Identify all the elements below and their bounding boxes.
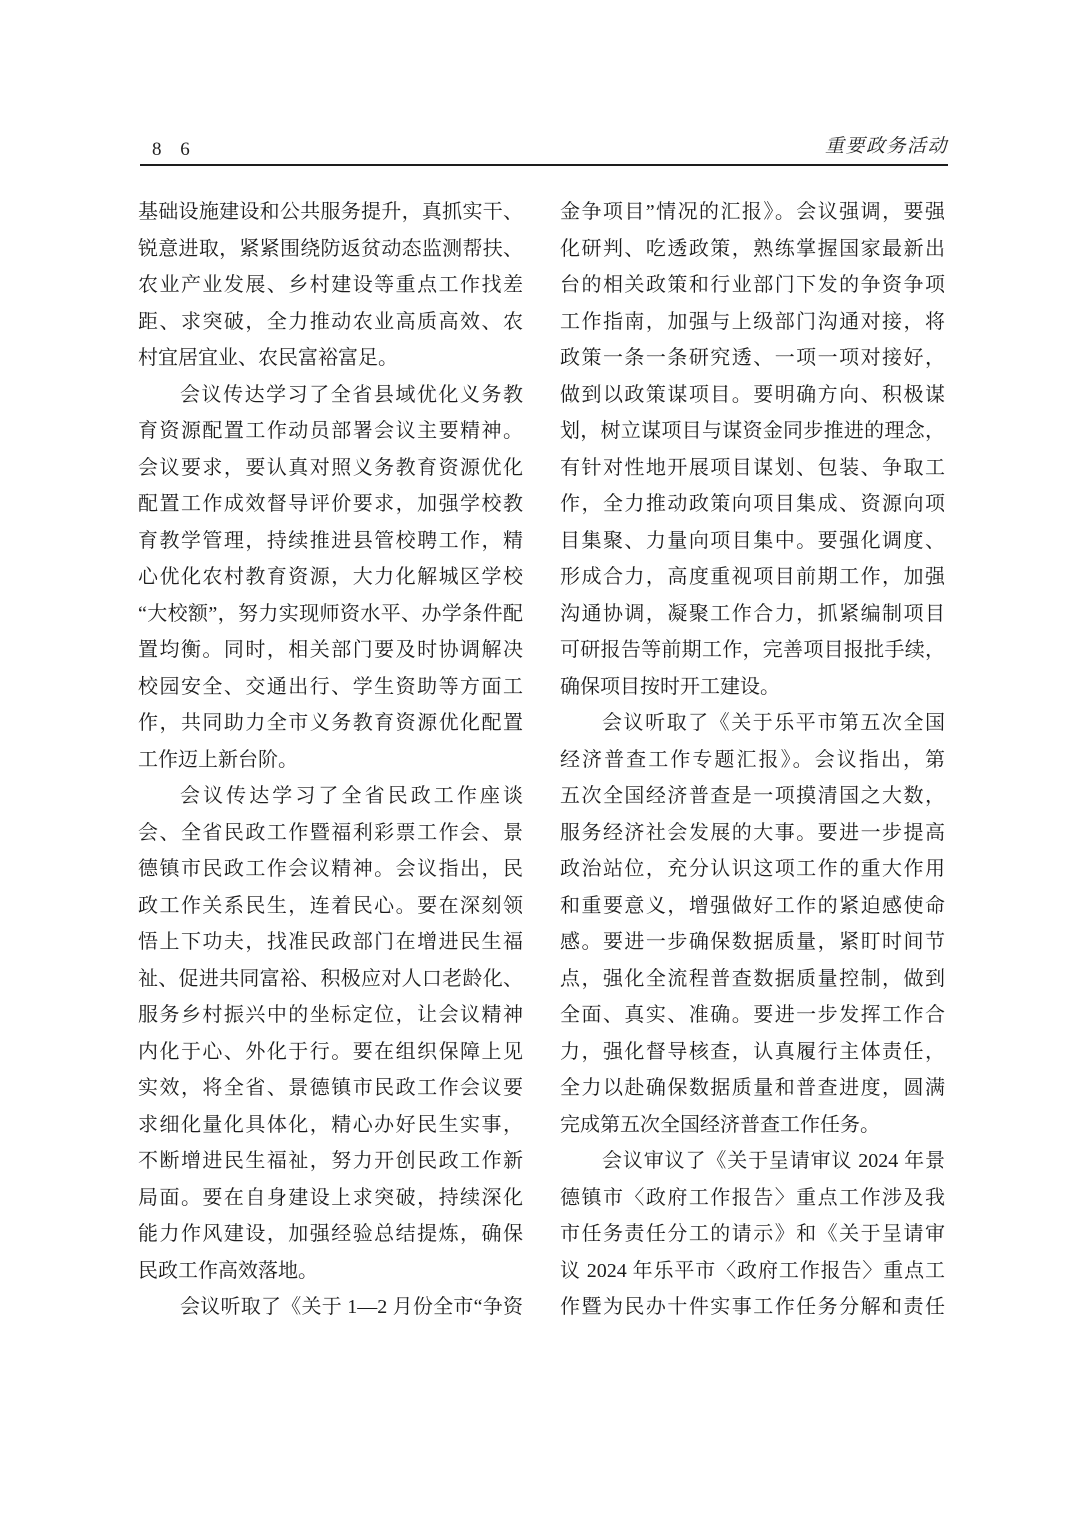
document-page: 8 6 重要政务活动 基础设施建设和公共服务提升，真抓实干、锐意进取，紧紧围绕防… — [0, 0, 1074, 1520]
text-line: 置均衡。同时，相关部门要及时协调解决 — [138, 632, 523, 669]
text-line: 会议要求，要认真对照义务教育资源优化 — [138, 450, 523, 487]
text-line: 化研判、吃透政策，熟练掌握国家最新出 — [560, 231, 945, 268]
text-line: 政治站位，充分认识这项工作的重大作用 — [560, 851, 945, 888]
text-line: 全力以赴确保数据质量和普查进度，圆满 — [560, 1070, 945, 1107]
paragraph: 金争项目”情况的汇报》。会议强调，要强化研判、吃透政策，熟练掌握国家最新出台的相… — [560, 194, 945, 705]
text-line: 会议听取了《关于乐平市第五次全国 — [560, 705, 945, 742]
text-line: 五次全国经济普查是一项摸清国之大数， — [560, 778, 945, 815]
page-number: 8 6 — [152, 139, 197, 161]
text-line: 全面、真实、准确。要进一步发挥工作合 — [560, 997, 945, 1034]
text-line: 农业产业发展、乡村建设等重点工作找差 — [138, 267, 523, 304]
text-line: 悟上下功夫，找准民政部门在增进民生福 — [138, 924, 523, 961]
text-line: 配置工作成效督导评价要求，加强学校教 — [138, 486, 523, 523]
paragraph: 会议传达学习了全省县域优化义务教育资源配置工作动员部署会议主要精神。会议要求，要… — [138, 377, 523, 779]
text-line: 工作迈上新台阶。 — [138, 742, 523, 779]
text-line: 实效，将全省、景德镇市民政工作会议要 — [138, 1070, 523, 1107]
header-rule — [140, 164, 948, 166]
text-line: 作暨为民办十件实事工作任务分解和责任 — [560, 1289, 945, 1326]
text-line: 不断增进民生福祉，努力开创民政工作新 — [138, 1143, 523, 1180]
text-line: 育资源配置工作动员部署会议主要精神。 — [138, 413, 523, 450]
text-columns: 基础设施建设和公共服务提升，真抓实干、锐意进取，紧紧围绕防返贫动态监测帮扶、农业… — [138, 194, 945, 1326]
text-line: 服务乡村振兴中的坐标定位，让会议精神 — [138, 997, 523, 1034]
paragraph: 会议传达学习了全省民政工作座谈会、全省民政工作暨福利彩票工作会、景德镇市民政工作… — [138, 778, 523, 1289]
text-line: 点，强化全流程普查数据质量控制，做到 — [560, 961, 945, 998]
text-line: 育教学管理，持续推进县管校聘工作，精 — [138, 523, 523, 560]
paragraph: 会议审议了《关于呈请审议 2024 年景德镇市〈政府工作报告〉重点工作涉及我市任… — [560, 1143, 945, 1326]
text-line: 求细化量化具体化，精心办好民生实事， — [138, 1107, 523, 1144]
page-header: 8 6 重要政务活动 — [138, 128, 948, 162]
text-line: 台的相关政策和行业部门下发的争资争项 — [560, 267, 945, 304]
text-line: 政策一条一条研究透、一项一项对接好， — [560, 340, 945, 377]
text-line: 服务经济社会发展的大事。要进一步提高 — [560, 815, 945, 852]
text-line: 会议听取了《关于 1—2 月份全市“争资 — [138, 1289, 523, 1326]
text-line: 德镇市〈政府工作报告〉重点工作涉及我 — [560, 1180, 945, 1217]
left-column: 基础设施建设和公共服务提升，真抓实干、锐意进取，紧紧围绕防返贫动态监测帮扶、农业… — [138, 194, 523, 1326]
text-line: 村宜居宜业、农民富裕富足。 — [138, 340, 523, 377]
text-line: 感。要进一步确保数据质量，紧盯时间节 — [560, 924, 945, 961]
text-line: 会议审议了《关于呈请审议 2024 年景 — [560, 1143, 945, 1180]
text-line: 形成合力，高度重视项目前期工作，加强 — [560, 559, 945, 596]
text-line: 做到以政策谋项目。要明确方向、积极谋 — [560, 377, 945, 414]
text-line: 内化于心、外化于行。要在组织保障上见 — [138, 1034, 523, 1071]
paragraph: 会议听取了《关于 1—2 月份全市“争资 — [138, 1289, 523, 1326]
text-line: 有针对性地开展项目谋划、包装、争取工 — [560, 450, 945, 487]
text-line: 局面。要在自身建设上求突破，持续深化 — [138, 1180, 523, 1217]
text-line: 会议传达学习了全省县域优化义务教 — [138, 377, 523, 414]
text-line: 距、求突破，全力推动农业高质高效、农 — [138, 304, 523, 341]
text-line: 可研报告等前期工作，完善项目报批手续， — [560, 632, 945, 669]
text-line: 作，共同助力全市义务教育资源优化配置 — [138, 705, 523, 742]
text-line: 民政工作高效落地。 — [138, 1253, 523, 1290]
text-line: 力，强化督导核查，认真履行主体责任， — [560, 1034, 945, 1071]
section-title: 重要政务活动 — [825, 131, 948, 158]
text-line: 德镇市民政工作会议精神。会议指出，民 — [138, 851, 523, 888]
text-line: 锐意进取，紧紧围绕防返贫动态监测帮扶、 — [138, 231, 523, 268]
text-line: 会议传达学习了全省民政工作座谈 — [138, 778, 523, 815]
text-line: 经济普查工作专题汇报》。会议指出，第 — [560, 742, 945, 779]
text-line: 沟通协调，凝聚工作合力，抓紧编制项目 — [560, 596, 945, 633]
text-line: 划，树立谋项目与谋资金同步推进的理念， — [560, 413, 945, 450]
paragraph: 会议听取了《关于乐平市第五次全国经济普查工作专题汇报》。会议指出，第五次全国经济… — [560, 705, 945, 1143]
right-column: 金争项目”情况的汇报》。会议强调，要强化研判、吃透政策，熟练掌握国家最新出台的相… — [560, 194, 945, 1326]
text-line: 心优化农村教育资源，大力化解城区学校 — [138, 559, 523, 596]
text-line: 能力作风建设，加强经验总结提炼，确保 — [138, 1216, 523, 1253]
text-line: 会、全省民政工作暨福利彩票工作会、景 — [138, 815, 523, 852]
text-line: 政工作关系民生，连着民心。要在深刻领 — [138, 888, 523, 925]
text-line: 议 2024 年乐平市〈政府工作报告〉重点工 — [560, 1253, 945, 1290]
text-line: 金争项目”情况的汇报》。会议强调，要强 — [560, 194, 945, 231]
text-line: 完成第五次全国经济普查工作任务。 — [560, 1107, 945, 1144]
text-line: 市任务责任分工的请示》和《关于呈请审 — [560, 1216, 945, 1253]
text-line: 作，全力推动政策向项目集成、资源向项 — [560, 486, 945, 523]
text-line: 和重要意义，增强做好工作的紧迫感使命 — [560, 888, 945, 925]
text-line: 基础设施建设和公共服务提升，真抓实干、 — [138, 194, 523, 231]
text-line: 工作指南，加强与上级部门沟通对接，将 — [560, 304, 945, 341]
paragraph: 基础设施建设和公共服务提升，真抓实干、锐意进取，紧紧围绕防返贫动态监测帮扶、农业… — [138, 194, 523, 377]
text-line: 祉、促进共同富裕、积极应对人口老龄化、 — [138, 961, 523, 998]
text-line: “大校额”，努力实现师资水平、办学条件配 — [138, 596, 523, 633]
text-line: 目集聚、力量向项目集中。要强化调度、 — [560, 523, 945, 560]
text-line: 确保项目按时开工建设。 — [560, 669, 945, 706]
text-line: 校园安全、交通出行、学生资助等方面工 — [138, 669, 523, 706]
